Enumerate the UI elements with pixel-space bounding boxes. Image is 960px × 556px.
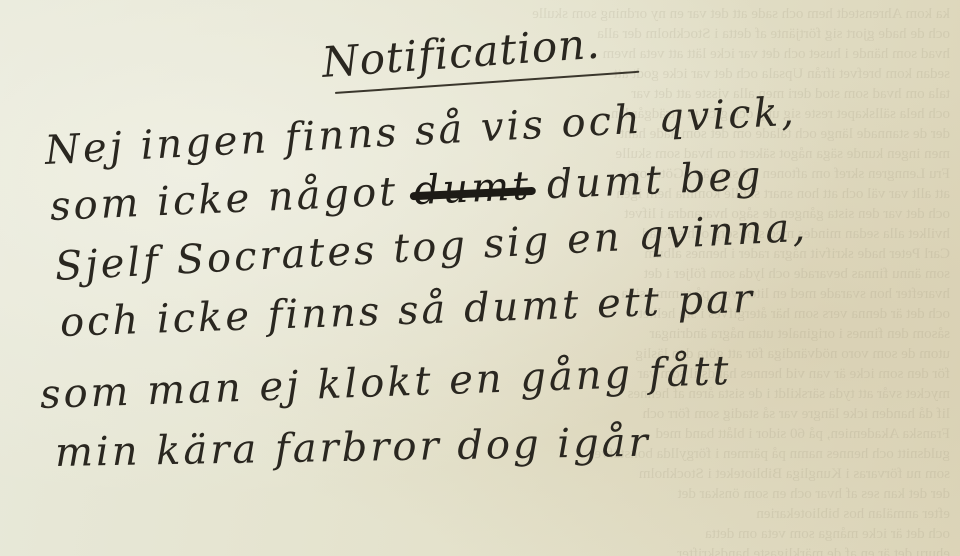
struck-through-word: dumt bbox=[413, 163, 532, 214]
